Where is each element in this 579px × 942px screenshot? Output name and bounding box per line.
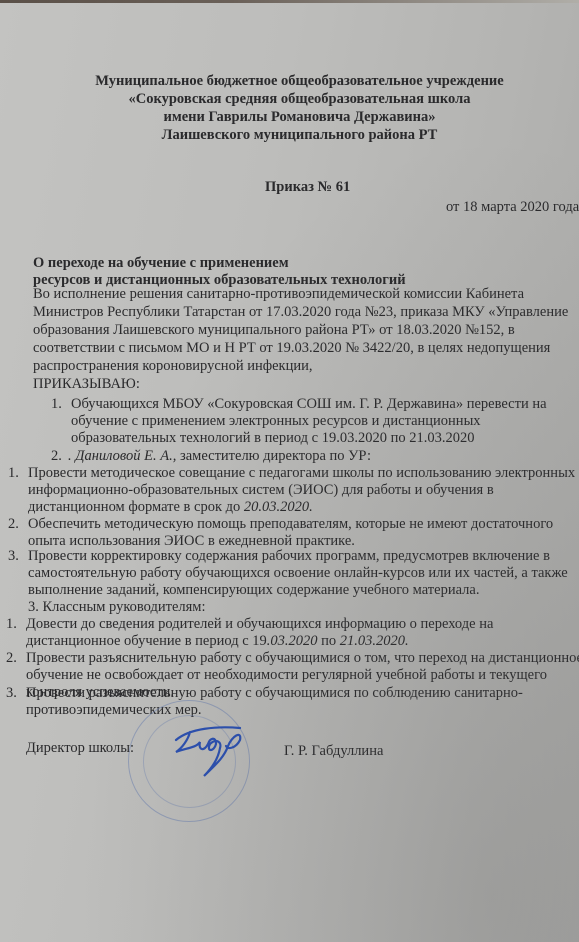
teacher-item-1: Довести до сведения родителей и обучающи…: [26, 616, 493, 650]
deputy-item-1: Провести методическое совещание с педаго…: [28, 465, 575, 516]
item-line: Обеспечить методическую помощь преподава…: [28, 516, 553, 533]
deputy-role: заместителю директора по УР:: [176, 448, 371, 464]
subject-line-1: О переходе на обучение с применением: [33, 255, 406, 272]
handwritten-signature-icon: [170, 718, 250, 788]
preamble-line: образования Лаишевского муниципального р…: [33, 321, 568, 339]
item-number: 1.: [6, 616, 17, 633]
deputy-item-3: Провести корректировку содержания рабочи…: [28, 548, 568, 599]
main-item-1: Обучающихся МБОУ «Сокуровская СОШ им. Г.…: [71, 396, 547, 447]
header-line-4: Лаишевского муниципального района РТ: [20, 126, 579, 144]
main-item-2: . Даниловой Е. А., заместителю директора…: [68, 448, 371, 465]
preamble-line: распространения короновирусной инфекции,: [33, 357, 568, 375]
item-line: обучение не освобождает от необходимости…: [26, 667, 579, 684]
item-line: противоэпидемических мер.: [26, 702, 523, 719]
header-line-2: «Сокуровская средняя общеобразовательная…: [20, 90, 579, 108]
item-number: 2.: [6, 650, 17, 667]
item-line: Довести до сведения родителей и обучающи…: [26, 616, 493, 633]
item-line: Обучающихся МБОУ «Сокуровская СОШ им. Г.…: [71, 396, 547, 413]
preamble: Во исполнение решения санитарно-противоэ…: [33, 285, 568, 393]
item-line: Провести методическое совещание с педаго…: [28, 465, 575, 482]
director-role: Директор школы:: [26, 740, 134, 757]
institution-header: Муниципальное бюджетное общеобразователь…: [0, 72, 579, 144]
teacher-item-3: Провести разъяснительную работу с обучаю…: [26, 685, 523, 719]
item-line: Провести разъяснительную работу с обучаю…: [26, 685, 523, 702]
item-line: обучение с применением электронных ресур…: [71, 413, 547, 430]
order-word: ПРИКАЗЫВАЮ:: [33, 375, 568, 393]
item-number: 2.: [8, 516, 19, 533]
deputy-name: . Даниловой Е. А.,: [68, 448, 176, 464]
order-date: от 18 марта 2020 года: [446, 199, 579, 216]
item-line: дистанционном формате в срок до 20.03.20…: [28, 499, 575, 516]
deputy-item-2: Обеспечить методическую помощь преподава…: [28, 516, 553, 550]
item-line: Провести разъяснительную работу с обучаю…: [26, 650, 579, 667]
header-line-1: Муниципальное бюджетное общеобразователь…: [20, 72, 579, 90]
order-subject: О переходе на обучение с применением рес…: [33, 255, 406, 289]
item-line: самостоятельную работу обучающихся освое…: [28, 565, 568, 582]
order-title: Приказ № 61: [265, 179, 350, 196]
item-line: образовательных технологий в период с 19…: [71, 430, 547, 447]
item-line: выполнение заданий, компенсирующих содер…: [28, 582, 568, 599]
item-number: 3.: [8, 548, 19, 565]
director-name: Г. Р. Габдуллина: [284, 743, 383, 760]
deadline-date: 20.03.2020.: [244, 499, 313, 515]
item-number: 1.: [51, 396, 62, 413]
preamble-line: соответствии с письмом МО и Н РТ от 19.0…: [33, 339, 568, 357]
preamble-line: Во исполнение решения санитарно-противоэ…: [33, 285, 568, 303]
header-line-3: имени Гаврилы Романовича Державина»: [20, 108, 579, 126]
item-number: 3.: [6, 685, 17, 702]
item-line: дистанционное обучение в период с 19.03.…: [26, 633, 493, 650]
section-3-heading: 3. Классным руководителям:: [28, 599, 205, 616]
item-line: информационно-образовательных систем (ЭИ…: [28, 482, 575, 499]
photo-top-edge: [0, 0, 579, 3]
item-line: Провести корректировку содержания рабочи…: [28, 548, 568, 565]
item-number: 2.: [51, 448, 62, 465]
preamble-line: Министров Республики Татарстан от 17.03.…: [33, 303, 568, 321]
item-number: 1.: [8, 465, 19, 482]
